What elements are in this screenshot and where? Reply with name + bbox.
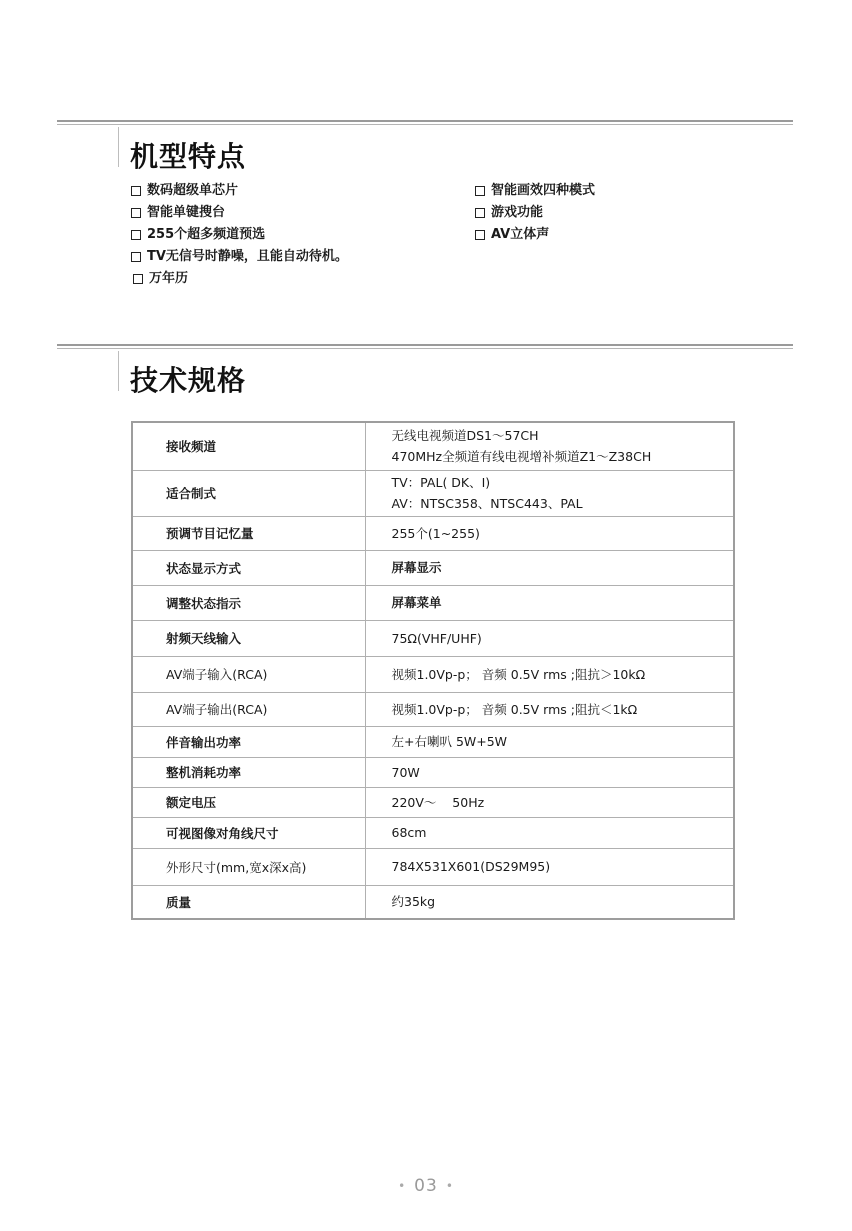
spec-table: 接收频道 无线电视频道DS1～57CH 470MHz全频道有线电视增补频道Z1～… [131,421,735,920]
table-row: 适合制式 TV：PAL( DK、I) AV：NTSC358、NTSC443、PA… [132,470,734,516]
feature-text: 智能画效四种模式 [491,180,595,202]
feature-text: 游戏功能 [491,202,543,224]
feature-list-right: 智能画效四种模式 游戏功能 AV立体声 [475,180,595,246]
spec-value-line: TV：PAL( DK、I) [392,472,734,493]
section-divider-specs [57,344,793,349]
page-footer: •03• [0,1176,852,1196]
spec-label: 可视图像对角线尺寸 [132,817,365,848]
checkbox-square-icon [475,208,485,218]
title-accent-bar [118,351,119,391]
table-row: 外形尺寸(mm,宽x深x高) 784X531X601(DS29M95) [132,848,734,885]
spec-value: 255个(1~255) [365,516,734,550]
spec-value: 无线电视频道DS1～57CH 470MHz全频道有线电视增补频道Z1～Z38CH [365,422,734,470]
table-row: 质量 约35kg [132,885,734,919]
spec-label: 调整状态指示 [132,585,365,620]
spec-label: 整机消耗功率 [132,757,365,787]
feature-list-left: 数码超级单芯片 智能单键搜台 255个超多频道预选 TV无信号时静噪，且能自动待… [131,180,348,290]
table-row: 整机消耗功率 70W [132,757,734,787]
title-accent-bar [118,127,119,167]
checkbox-square-icon [131,252,141,262]
spec-value: 左+右喇叭 5W+5W [365,726,734,757]
table-row: 可视图像对角线尺寸 68cm [132,817,734,848]
feature-item: 智能画效四种模式 [475,180,595,202]
spec-label: 射频天线输入 [132,620,365,656]
spec-value: TV：PAL( DK、I) AV：NTSC358、NTSC443、PAL [365,470,734,516]
feature-item: TV无信号时静噪，且能自动待机。 [131,246,348,268]
table-row: 额定电压 220V～ 50Hz [132,787,734,817]
table-row: 接收频道 无线电视频道DS1～57CH 470MHz全频道有线电视增补频道Z1～… [132,422,734,470]
checkbox-square-icon [131,186,141,196]
page-number: 03 [414,1176,438,1196]
feature-item: 数码超级单芯片 [131,180,348,202]
spec-value: 68cm [365,817,734,848]
spec-label: 接收频道 [132,422,365,470]
feature-item: AV立体声 [475,224,595,246]
feature-text: 万年历 [149,268,188,290]
spec-value: 屏幕显示 [365,550,734,585]
spec-value: 视频1.0Vp-p； 音频 0.5V rms ;阻抗＞10kΩ [365,656,734,692]
checkbox-square-icon [475,186,485,196]
spec-label: AV端子输出(RCA) [132,692,365,726]
feature-text: 数码超级单芯片 [147,180,238,202]
table-row: AV端子输入(RCA) 视频1.0Vp-p； 音频 0.5V rms ;阻抗＞1… [132,656,734,692]
spec-value: 220V～ 50Hz [365,787,734,817]
feature-text: AV立体声 [491,224,549,246]
spec-value-line: AV：NTSC358、NTSC443、PAL [392,493,734,514]
spec-label: 状态显示方式 [132,550,365,585]
feature-item: 万年历 [133,268,348,290]
feature-item: 智能单键搜台 [131,202,348,224]
spec-label: 伴音输出功率 [132,726,365,757]
spec-label: 适合制式 [132,470,365,516]
table-row: 调整状态指示 屏幕菜单 [132,585,734,620]
table-row: 伴音输出功率 左+右喇叭 5W+5W [132,726,734,757]
spec-label: 预调节目记忆量 [132,516,365,550]
bullet-dot-icon: • [398,1179,406,1193]
spec-value: 屏幕菜单 [365,585,734,620]
feature-item: 255个超多频道预选 [131,224,348,246]
spec-value-line: 470MHz全频道有线电视增补频道Z1～Z38CH [392,446,734,467]
spec-value: 784X531X601(DS29M95) [365,848,734,885]
table-row: 状态显示方式 屏幕显示 [132,550,734,585]
feature-text: 智能单键搜台 [147,202,225,224]
checkbox-square-icon [131,208,141,218]
section-divider-features [57,120,793,125]
section-title-features: 机型特点 [130,135,246,175]
spec-label: 质量 [132,885,365,919]
bullet-dot-icon: • [446,1179,454,1193]
checkbox-square-icon [475,230,485,240]
feature-item: 游戏功能 [475,202,595,224]
spec-label: AV端子输入(RCA) [132,656,365,692]
checkbox-square-icon [133,274,143,284]
checkbox-square-icon [131,230,141,240]
spec-value: 视频1.0Vp-p； 音频 0.5V rms ;阻抗＜1kΩ [365,692,734,726]
feature-text: 255个超多频道预选 [147,224,265,246]
table-row: 射频天线输入 75Ω(VHF/UHF) [132,620,734,656]
table-row: AV端子输出(RCA) 视频1.0Vp-p； 音频 0.5V rms ;阻抗＜1… [132,692,734,726]
spec-value-line: 无线电视频道DS1～57CH [392,425,734,446]
section-title-specs: 技术规格 [130,359,246,399]
spec-label: 外形尺寸(mm,宽x深x高) [132,848,365,885]
feature-text: TV无信号时静噪，且能自动待机。 [147,246,348,268]
spec-value: 75Ω(VHF/UHF) [365,620,734,656]
spec-label: 额定电压 [132,787,365,817]
spec-value: 约35kg [365,885,734,919]
table-row: 预调节目记忆量 255个(1~255) [132,516,734,550]
spec-value: 70W [365,757,734,787]
